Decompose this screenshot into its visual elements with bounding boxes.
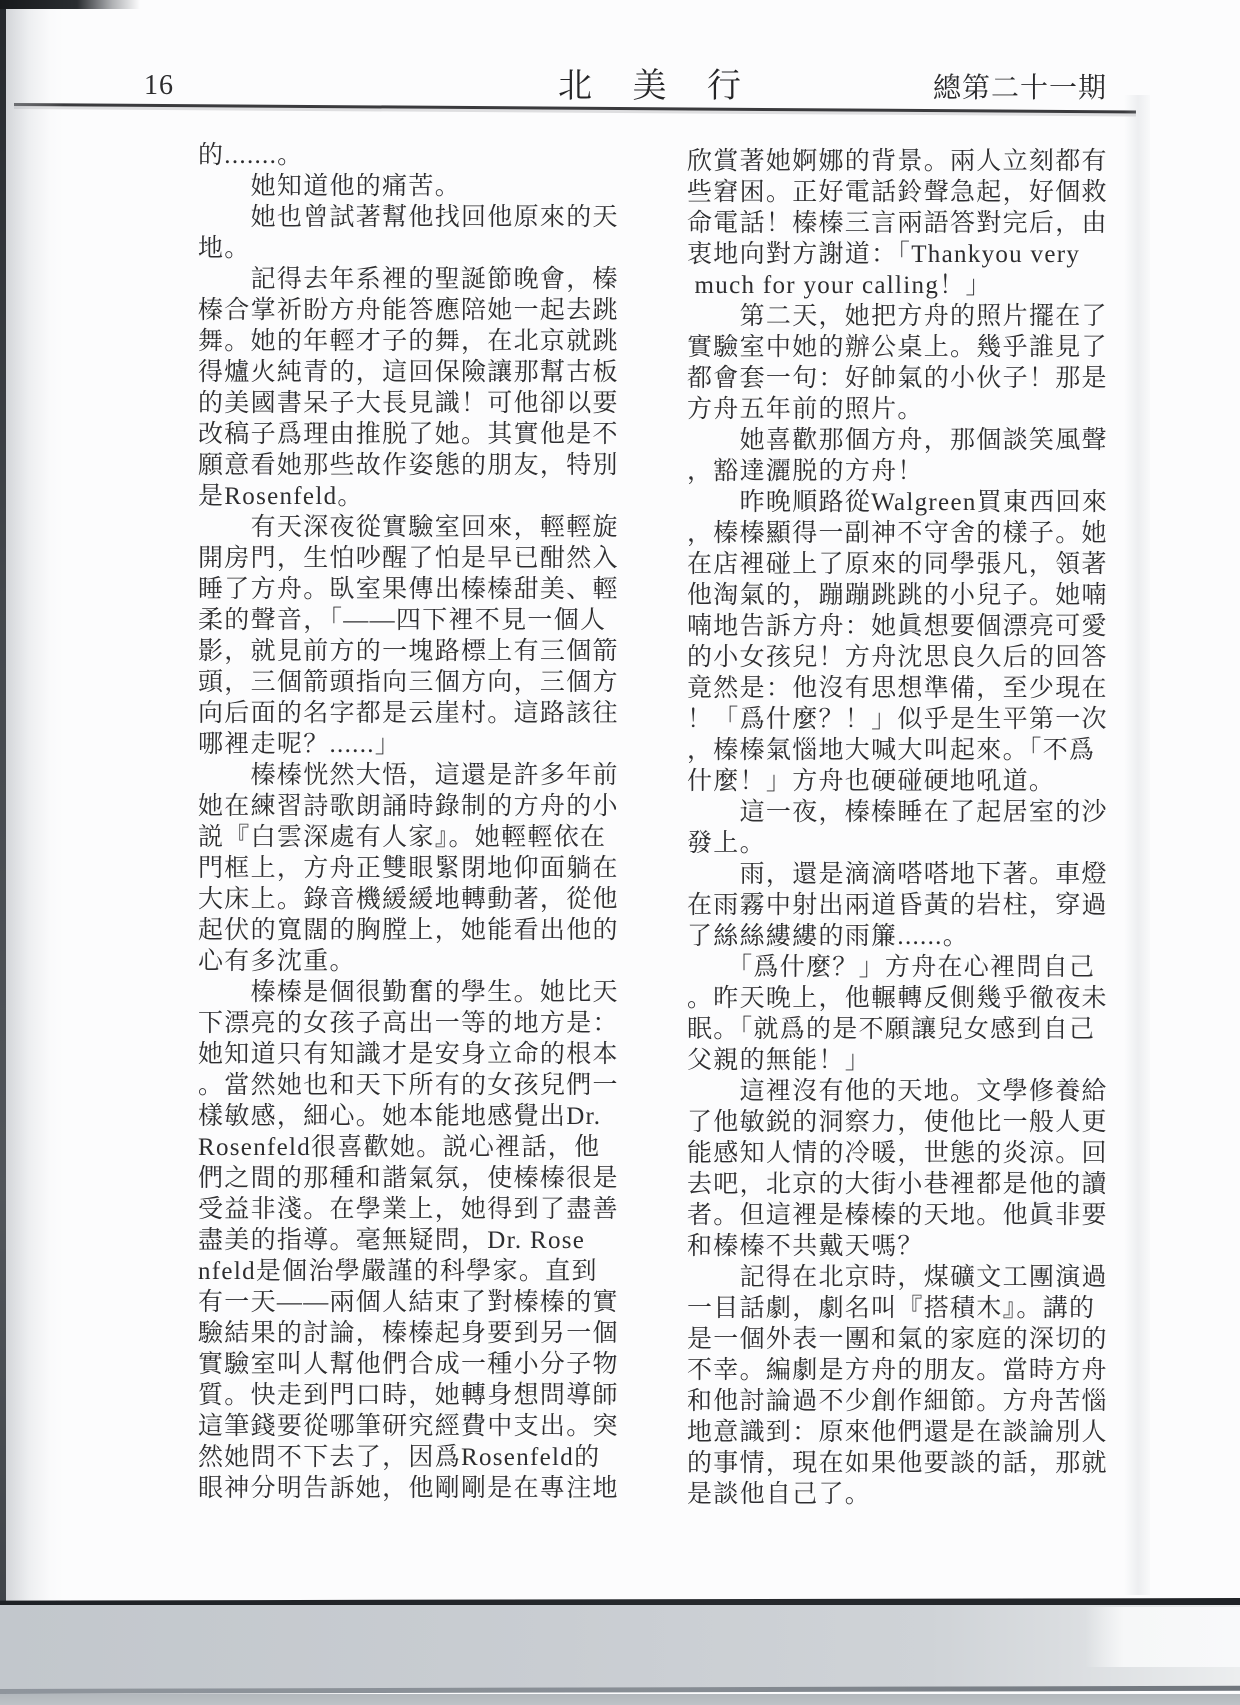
text-line: ，榛榛顯得一副神不守舍的樣子。她	[687, 518, 1127, 549]
text-line: 記得去年系裡的聖誕節晚會，榛	[198, 264, 638, 295]
text-line: 他淘氣的，蹦蹦跳跳的小兒子。她喃	[687, 580, 1127, 611]
scanner-background	[0, 1694, 1240, 1705]
text-line: 的事情，現在如果他要談的話，那就	[687, 1448, 1127, 1479]
text-line: 一目話劇，劇名叫『搭積木』。講的	[687, 1293, 1127, 1324]
text-line: 和榛榛不共戴天嗎？	[687, 1231, 1127, 1262]
text-line: 這筆錢要從哪筆研究經費中支出。突	[198, 1411, 638, 1442]
text-line: 大床上。錄音機緩緩地轉動著，從他	[198, 884, 638, 915]
text-line: 有一天——兩個人結束了對榛榛的實	[198, 1287, 638, 1318]
text-line: 地意識到：原來他們還是在談論別人	[687, 1417, 1127, 1448]
text-line: 改稿子爲理由推脱了她。其實他是不	[198, 419, 638, 450]
text-column-left: 的.......。 她知道他的痛苦。 她也曾試著幫他找回他原來的天地。 記得去年…	[198, 140, 638, 1504]
text-line: 什麼！」方舟也硬碰硬地吼道。	[687, 766, 1127, 797]
text-line: 柔的聲音，「——四下裡不見一個人	[198, 605, 638, 636]
text-line: 這一夜，榛榛睡在了起居室的沙	[687, 797, 1127, 828]
text-line: 們之間的那種和諧氣氛，使榛榛很是	[198, 1163, 638, 1194]
text-line: 不幸。編劇是方舟的朋友。當時方舟	[687, 1355, 1127, 1386]
text-line: 的.......。	[198, 140, 638, 171]
text-line: 地。	[198, 233, 638, 264]
text-line: 喃地告訴方舟：她眞想要個漂亮可愛	[687, 611, 1127, 642]
text-line: 向后面的名字都是云崖村。這路該往	[198, 698, 638, 729]
text-line: 了他敏鋭的洞察力，使他比一般人更	[687, 1107, 1127, 1138]
text-line: 方舟五年前的照片。	[687, 394, 1127, 425]
text-line: 頭，三個箭頭指向三個方向，三個方	[198, 667, 638, 698]
page-stack-shadow	[0, 1605, 1240, 1689]
text-line: 實驗室叫人幫他們合成一種小分子物	[198, 1349, 638, 1380]
text-line: 些窘困。正好電話鈴聲急起，好個救	[687, 177, 1127, 208]
text-line: 這裡沒有他的天地。文學修養給	[687, 1076, 1127, 1107]
text-line: 是一個外表一團和氣的家庭的深切的	[687, 1324, 1127, 1355]
text-line: 竟然是：他沒有思想準備，至少現在	[687, 673, 1127, 704]
text-line: 質。快走到門口時，她轉身想問導師	[198, 1380, 638, 1411]
text-line: 起伏的寬闊的胸膛上，她能看出他的	[198, 915, 638, 946]
text-line: 了絲絲縷縷的雨簾......。	[687, 921, 1127, 952]
text-line: 能感知人情的冷暖，世態的炎涼。回	[687, 1138, 1127, 1169]
issue-label: 總第二十一期	[933, 66, 1107, 106]
text-line: 命電話！榛榛三言兩語答對完后，由	[687, 208, 1127, 239]
text-line: ！「爲什麼？！」似乎是生平第一次	[687, 704, 1127, 735]
text-line: 榛榛是個很勤奮的學生。她比天	[198, 977, 638, 1008]
text-line: ，豁達灑脱的方舟！	[687, 456, 1127, 487]
text-line: 她知道只有知識才是安身立命的根本	[198, 1039, 638, 1070]
text-line: 開房門，生怕吵醒了怕是早已酣然入	[198, 543, 638, 574]
text-line: 她喜歡那個方舟，那個談笑風聲	[687, 425, 1127, 456]
text-line: 影，就見前方的一塊路標上有三個箭	[198, 636, 638, 667]
text-line: 説『白雲深處有人家』。她輕輕依在	[198, 822, 638, 853]
text-line: 樣敏感，細心。她本能地感覺出Dr.	[198, 1101, 638, 1132]
text-line: 榛榛恍然大悟，這還是許多年前	[198, 760, 638, 791]
text-line: 然她問不下去了，因爲Rosenfeld的	[198, 1442, 638, 1473]
text-line: 是Rosenfeld。	[198, 481, 638, 512]
scan-top-left-mark	[0, 0, 140, 9]
text-line: 昨晚順路從Walgreen買東西回來	[687, 487, 1127, 518]
text-line: 她知道他的痛苦。	[198, 171, 638, 202]
text-line: 睡了方舟。臥室果傳出榛榛甜美、輕	[198, 574, 638, 605]
scan-right-shadow	[1124, 95, 1150, 1595]
scan-bottom-edge	[0, 1598, 1240, 1705]
text-line: 舞。她的年輕才子的舞，在北京就跳	[198, 326, 638, 357]
text-line: much for your calling！」	[687, 270, 1127, 301]
text-line: 實驗室中她的辦公桌上。幾乎誰見了	[687, 332, 1127, 363]
text-line: 受益非淺。在學業上，她得到了盡善	[198, 1194, 638, 1225]
text-line: 者。但這裡是榛榛的天地。他眞非要	[687, 1200, 1127, 1231]
text-line: 榛合掌祈盼方舟能答應陪她一起去跳	[198, 295, 638, 326]
text-line: 得爐火純青的，這回保險讓那幫古板	[198, 357, 638, 388]
text-line: 盡美的指導。毫無疑問，Dr. Rose	[198, 1225, 638, 1256]
text-line: 記得在北京時，煤礦文工團演過	[687, 1262, 1127, 1293]
text-line: 眠。「就爲的是不願讓兒女感到自己	[687, 1014, 1127, 1045]
text-line: 欣賞著她婀娜的背景。兩人立刻都有	[687, 146, 1127, 177]
text-line: Rosenfeld很喜歡她。説心裡話，他	[198, 1132, 638, 1163]
text-line: 驗結果的討論，榛榛起身要到另一個	[198, 1318, 638, 1349]
text-line: 在店裡碰上了原來的同學張凡，領著	[687, 549, 1127, 580]
text-line: 去吧，北京的大街小巷裡都是他的讀	[687, 1169, 1127, 1200]
text-line: 她在練習詩歌朗誦時錄制的方舟的小	[198, 791, 638, 822]
text-line: 「爲什麼？」方舟在心裡問自己	[687, 952, 1127, 983]
text-line: 在雨霧中射出兩道昏黃的岩柱，穿過	[687, 890, 1127, 921]
text-line: 。昨天晚上，他輾轉反側幾乎徹夜未	[687, 983, 1127, 1014]
text-line: nfeld是個治學嚴謹的科學家。直到	[198, 1256, 638, 1287]
text-line: 父親的無能！」	[687, 1045, 1127, 1076]
text-line: 眼神分明告訴她，他剛剛是在專注地	[198, 1473, 638, 1504]
text-line: 都會套一句：好帥氣的小伙子！那是	[687, 363, 1127, 394]
journal-title: 北 美 行	[558, 58, 757, 107]
text-line: 是談他自己了。	[687, 1479, 1127, 1510]
text-column-right: 欣賞著她婀娜的背景。兩人立刻都有些窘困。正好電話鈴聲急起，好個救命電話！榛榛三言…	[687, 146, 1127, 1510]
text-line: 門框上，方舟正雙眼緊閉地仰面躺在	[198, 853, 638, 884]
text-line: 。當然她也和天下所有的女孩兒們一	[198, 1070, 638, 1101]
text-line: 心有多沈重。	[198, 946, 638, 977]
text-line: 衷地向對方謝道：「Thankyou very	[687, 239, 1127, 270]
scanned-page: 16 北 美 行 總第二十一期 的.......。 她知道他的痛苦。 她也曾試著…	[0, 0, 1240, 1705]
text-line: 願意看她那些故作姿態的朋友，特別	[198, 450, 638, 481]
page-number: 16	[144, 70, 174, 102]
text-line: 的美國書呆子大長見識！可他卻以要	[198, 388, 638, 419]
text-line: ，榛榛氣惱地大喊大叫起來。「不爲	[687, 735, 1127, 766]
text-line: 她也曾試著幫他找回他原來的天	[198, 202, 638, 233]
text-line: 發上。	[687, 828, 1127, 859]
text-line: 下漂亮的女孩子高出一等的地方是：	[198, 1008, 638, 1039]
page-stack-highlight	[1085, 1607, 1240, 1667]
scan-left-shadow	[6, 0, 64, 1705]
text-line: 有天深夜從實驗室回來，輕輕旋	[198, 512, 638, 543]
text-line: 第二天，她把方舟的照片擺在了	[687, 301, 1127, 332]
text-line: 和他討論過不少創作細節。方舟苦惱	[687, 1386, 1127, 1417]
text-line: 雨，還是滴滴嗒嗒地下著。車燈	[687, 859, 1127, 890]
text-line: 哪裡走呢？......」	[198, 729, 638, 760]
text-line: 的小女孩兒！方舟沈思良久后的回答	[687, 642, 1127, 673]
